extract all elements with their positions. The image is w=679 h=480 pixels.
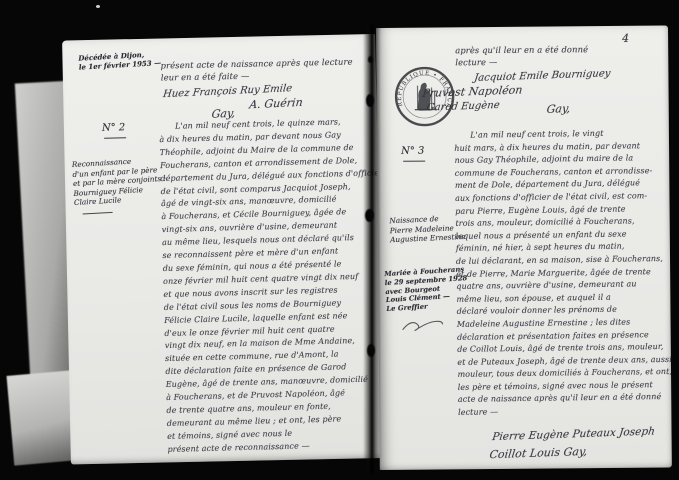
- text-line: après qu'il leur en a été donné: [455, 43, 588, 56]
- text-line: lecture —: [455, 55, 588, 68]
- previous-act-closing-text: après qu'il leur en a été donnélecture —: [455, 43, 588, 68]
- marianne-figure-icon: [414, 83, 436, 111]
- binding-stitch: [368, 56, 373, 63]
- civil-register-scan: Décédée à Dijon,le 1er février 1953 — pr…: [0, 0, 679, 480]
- left-page: Décédée à Dijon,le 1er février 1953 — pr…: [62, 34, 384, 464]
- signature-coillot-louis-gay: Coillot Louis Gay,: [489, 445, 588, 461]
- act-number-2: N° 2: [102, 122, 126, 138]
- margin-death-note: Décédée à Dijon,le 1er février 1953 —: [78, 49, 161, 72]
- paper-speck: [96, 5, 100, 8]
- greffier-paraphe-signature: [401, 317, 445, 333]
- page-number: 4: [622, 32, 629, 45]
- text-line: Augustine Ernestine: [390, 232, 466, 245]
- act-2-margin-title: Reconnaissanced'un enfant par le pèreet …: [72, 155, 168, 215]
- binding-stitch: [366, 94, 374, 107]
- signature-jacquiot-emile-bourniguey: Jacquiot Emile Bourniguey: [474, 68, 612, 84]
- previous-act-closing-text: présent acte de naissance après que lect…: [160, 55, 352, 83]
- binding-stitch: [365, 209, 374, 222]
- text-line: lecture —: [458, 404, 670, 420]
- act-3-body-text: L'an mil neuf cent trois, le vingthuit m…: [454, 127, 670, 420]
- act-number-3: N° 3: [401, 146, 425, 162]
- signature-a-guerin: A. Guérin: [249, 96, 304, 112]
- signature-gay: Gay,: [546, 102, 571, 116]
- binding-stitch: [367, 344, 375, 357]
- republique-francaise-stamp-icon: RÉPUBLIQUE • FRANÇAISE: [393, 65, 456, 128]
- act-2-body-text: L'an mil neuf cent trois, le quinze mars…: [159, 116, 382, 457]
- right-page: 4 après qu'il leur en a été donnélecture…: [376, 25, 672, 470]
- text-line: leur en a été faite —: [161, 67, 353, 83]
- binding-gutter: [363, 25, 381, 473]
- signature-pierre-eugene-puteaux-joseph: Pierre Eugène Puteaux Joseph: [492, 425, 656, 443]
